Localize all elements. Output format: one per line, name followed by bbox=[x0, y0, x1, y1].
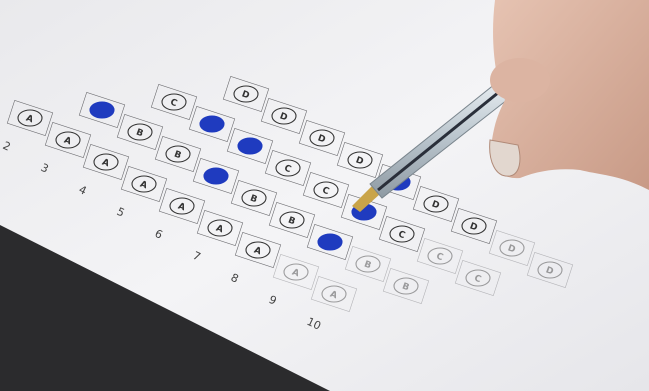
filled-bubble bbox=[238, 138, 262, 154]
filled-bubble bbox=[200, 116, 224, 132]
filled-bubble bbox=[90, 102, 114, 118]
hand bbox=[490, 0, 649, 190]
filled-bubble bbox=[318, 234, 342, 250]
photo-scene: 2ACD3ABD4ABD5ACD6ABC7ABD8ACD9ABCD10ABCD bbox=[0, 0, 649, 391]
filled-bubble bbox=[204, 168, 228, 184]
